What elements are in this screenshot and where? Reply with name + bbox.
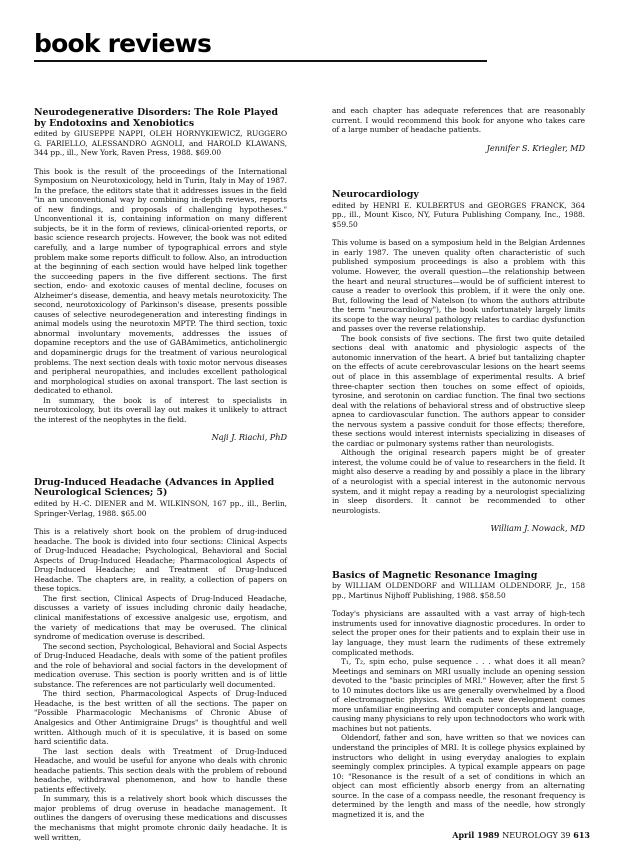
review-body: This is a relatively short book on the p… bbox=[34, 527, 287, 842]
review-basics-of-mri: Basics of Magnetic Resonance Imaging by … bbox=[332, 571, 585, 820]
review-title: Neurocardiology bbox=[332, 190, 585, 201]
page-number: 613 bbox=[573, 830, 590, 840]
review-paragraph: Today's physicians are assaulted with a … bbox=[332, 609, 585, 657]
reviewer-signature: Jennifer S. Kriegler, MD bbox=[332, 144, 585, 154]
issue-date: April 1989 bbox=[452, 830, 499, 840]
review-body: This volume is based on a symposium held… bbox=[332, 238, 585, 515]
right-column: and each chapter has adequate references… bbox=[332, 106, 585, 819]
review-paragraph: Oldendorf, father and son, have written … bbox=[332, 733, 585, 819]
header-rule bbox=[34, 60, 487, 62]
review-neurocardiology: Neurocardiology edited by HENRI E. KULBE… bbox=[332, 190, 585, 534]
review-paragraph: This volume is based on a symposium held… bbox=[332, 238, 585, 333]
review-bibliographic-info: edited by GIUSEPPE NAPPI, OLEH HORNYKIEW… bbox=[34, 129, 287, 158]
review-paragraph: The second section, Psychological, Behav… bbox=[34, 642, 287, 690]
section-header: book reviews bbox=[34, 30, 487, 58]
review-paragraph: The third section, Pharmacological Aspec… bbox=[34, 689, 287, 746]
section-title: book reviews bbox=[34, 30, 487, 58]
review-neurodegenerative-disorders: Neurodegenerative Disorders: The Role Pl… bbox=[34, 108, 287, 443]
left-column: Neurodegenerative Disorders: The Role Pl… bbox=[34, 108, 287, 842]
review-paragraph: The last section deals with Treatment of… bbox=[34, 747, 287, 795]
review-paragraph: In summary, the book is of interest to s… bbox=[34, 396, 287, 425]
reviewer-signature: William J. Nowack, MD bbox=[332, 524, 585, 534]
review-paragraph: T₁, T₂, spin echo, pulse sequence . . . … bbox=[332, 657, 585, 733]
review-paragraph: This is a relatively short book on the p… bbox=[34, 527, 287, 594]
review-paragraph: The book consists of five sections. The … bbox=[332, 334, 585, 449]
review-body-continuation: and each chapter has adequate references… bbox=[332, 106, 585, 135]
review-bibliographic-info: edited by H.-C. DIENER and M. WILKINSON,… bbox=[34, 499, 287, 518]
review-drug-induced-headache: Drug-Induced Headache (Advances in Appli… bbox=[34, 478, 287, 842]
review-title: Drug-Induced Headache (Advances in Appli… bbox=[34, 478, 287, 499]
review-paragraph: and each chapter has adequate references… bbox=[332, 106, 585, 135]
page-footer: April 1989 NEUROLOGY 39 613 bbox=[452, 830, 590, 841]
review-paragraph: The first section, Clinical Aspects of D… bbox=[34, 594, 287, 642]
review-drug-induced-headache-continued: and each chapter has adequate references… bbox=[332, 106, 585, 153]
review-paragraph: Although the original research papers mi… bbox=[332, 448, 585, 515]
review-body: This book is the result of the proceedin… bbox=[34, 167, 287, 425]
review-paragraph: In summary, this is a relatively short b… bbox=[34, 794, 287, 842]
reviewer-signature: Naji J. Riachi, PhD bbox=[34, 433, 287, 443]
review-title: Neurodegenerative Disorders: The Role Pl… bbox=[34, 108, 287, 129]
review-bibliographic-info: edited by HENRI E. KULBERTUS and GEORGES… bbox=[332, 201, 585, 230]
review-body: Today's physicians are assaulted with a … bbox=[332, 609, 585, 819]
review-bibliographic-info: by WILLIAM OLDENDORF and WILLIAM OLDENDO… bbox=[332, 581, 585, 600]
journal-name: NEUROLOGY 39 bbox=[502, 831, 570, 840]
review-paragraph: This book is the result of the proceedin… bbox=[34, 167, 287, 396]
review-title: Basics of Magnetic Resonance Imaging bbox=[332, 571, 585, 582]
